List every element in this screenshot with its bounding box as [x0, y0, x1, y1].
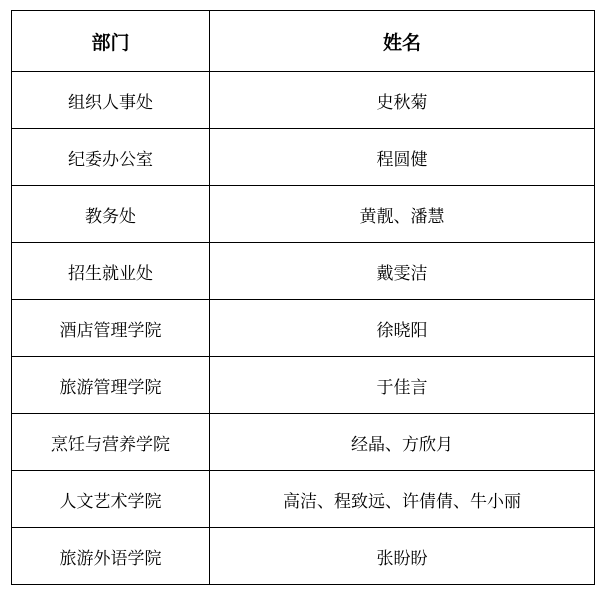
cell-department: 酒店管理学院 — [12, 300, 210, 357]
cell-name: 程圆健 — [210, 129, 595, 186]
table-row: 旅游外语学院 张盼盼 — [12, 528, 595, 585]
table-row: 教务处 黄靓、潘慧 — [12, 186, 595, 243]
cell-department: 组织人事处 — [12, 72, 210, 129]
department-staff-table: 部门 姓名 组织人事处 史秋菊 纪委办公室 程圆健 教务处 黄靓、潘慧 招生就业… — [11, 10, 595, 585]
cell-name: 史秋菊 — [210, 72, 595, 129]
cell-name: 张盼盼 — [210, 528, 595, 585]
cell-department: 旅游管理学院 — [12, 357, 210, 414]
table-row: 招生就业处 戴雯洁 — [12, 243, 595, 300]
header-department: 部门 — [12, 11, 210, 72]
header-name: 姓名 — [210, 11, 595, 72]
cell-department: 人文艺术学院 — [12, 471, 210, 528]
table-row: 人文艺术学院 高洁、程致远、许倩倩、牛小丽 — [12, 471, 595, 528]
table-row: 烹饪与营养学院 经晶、方欣月 — [12, 414, 595, 471]
cell-department: 教务处 — [12, 186, 210, 243]
table-row: 纪委办公室 程圆健 — [12, 129, 595, 186]
cell-name: 高洁、程致远、许倩倩、牛小丽 — [210, 471, 595, 528]
table-header-row: 部门 姓名 — [12, 11, 595, 72]
cell-name: 黄靓、潘慧 — [210, 186, 595, 243]
cell-department: 旅游外语学院 — [12, 528, 210, 585]
cell-department: 烹饪与营养学院 — [12, 414, 210, 471]
cell-name: 徐晓阳 — [210, 300, 595, 357]
table-row: 组织人事处 史秋菊 — [12, 72, 595, 129]
cell-department: 招生就业处 — [12, 243, 210, 300]
cell-department: 纪委办公室 — [12, 129, 210, 186]
cell-name: 戴雯洁 — [210, 243, 595, 300]
cell-name: 经晶、方欣月 — [210, 414, 595, 471]
cell-name: 于佳言 — [210, 357, 595, 414]
table-row: 旅游管理学院 于佳言 — [12, 357, 595, 414]
table-row: 酒店管理学院 徐晓阳 — [12, 300, 595, 357]
